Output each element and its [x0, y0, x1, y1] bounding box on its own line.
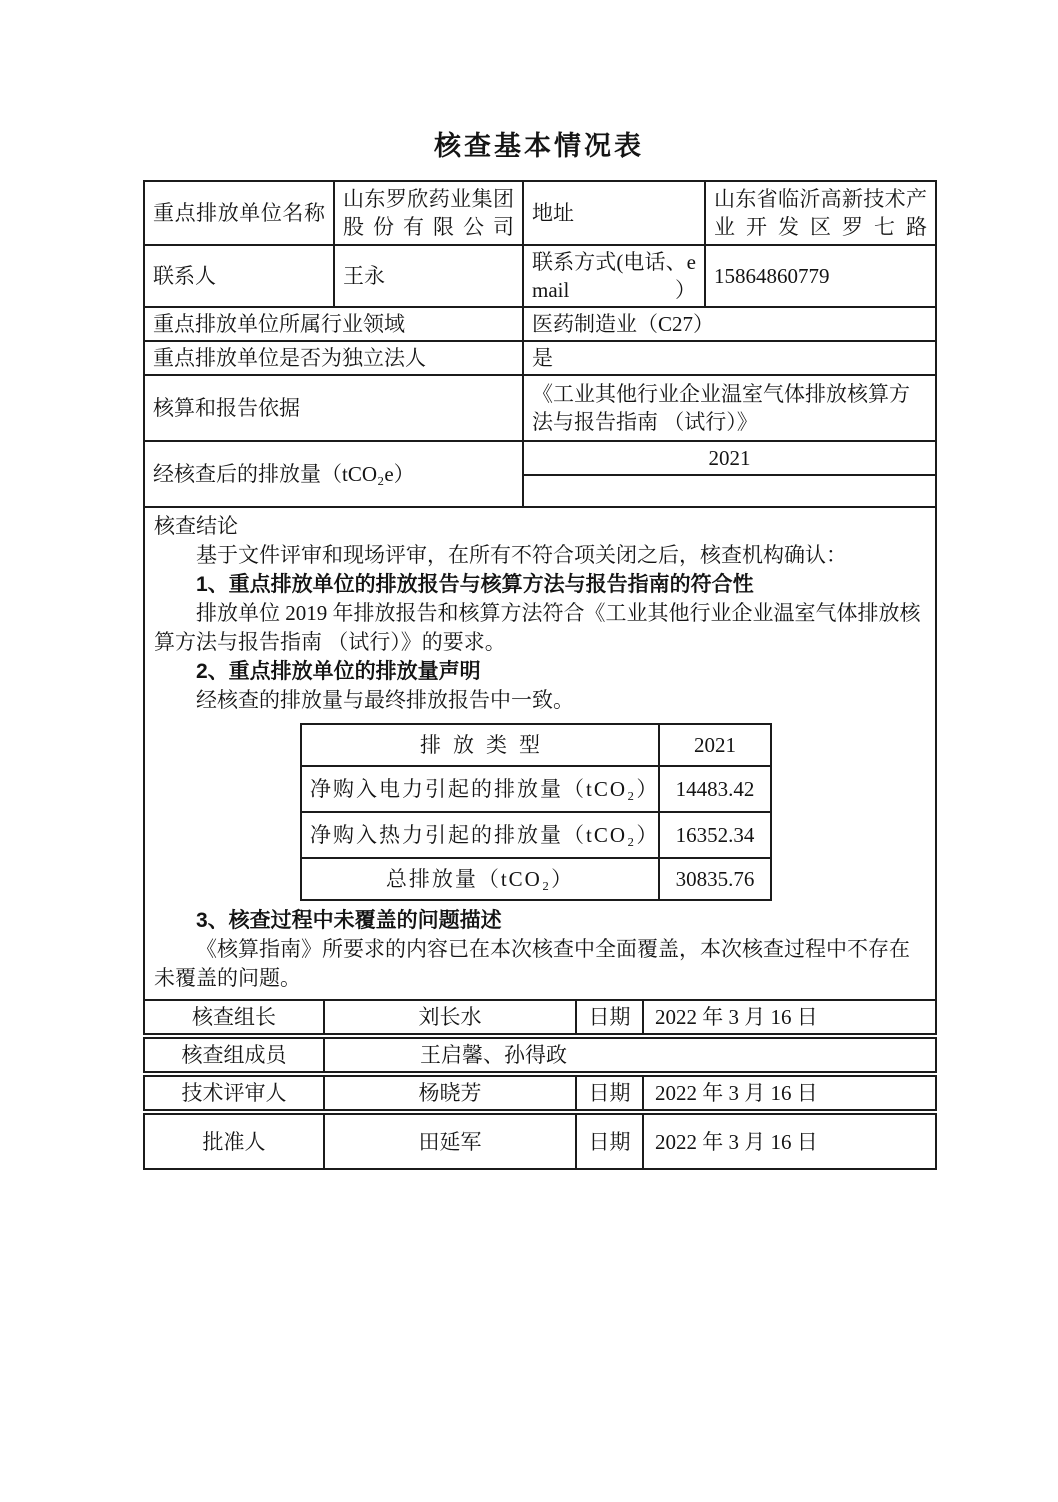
- contact-method-value: 15864860779: [705, 245, 936, 307]
- signature-row-members: 核查组成员 王启馨、孙得政: [143, 1037, 937, 1073]
- org-name-value: 山东罗欣药业集团股份有限公司: [334, 181, 523, 245]
- address-label: 地址: [523, 181, 705, 245]
- tech-reviewer-date-label: 日期: [576, 1076, 643, 1110]
- leader-date-label: 日期: [576, 1000, 643, 1034]
- basic-info-table: 重点排放单位名称 山东罗欣药业集团股份有限公司 地址 山东省临沂高新技术产业开发…: [143, 180, 937, 1001]
- approver-date-label: 日期: [576, 1114, 643, 1169]
- electricity-emission-label: 净购入电力引起的排放量（tCO₂）: [301, 766, 659, 812]
- table-row: 核查组成员 王启馨、孙得政: [144, 1038, 936, 1072]
- tech-reviewer-role-label: 技术评审人: [144, 1076, 324, 1110]
- table-row: 排放类型 2021: [301, 724, 771, 766]
- table-row: 净购入热力引起的排放量（tCO₂） 16352.34: [301, 812, 771, 858]
- table-row: 核算和报告依据 《工业其他行业企业温室气体排放核算方法与报告指南 （试行）》: [144, 375, 936, 441]
- conclusion-cell: 核查结论 基于文件评审和现场评审，在所有不符合项关闭之后，核查机构确认： 1、重…: [144, 507, 936, 1000]
- heat-emission-label: 净购入热力引起的排放量（tCO₂）: [301, 812, 659, 858]
- verified-emission-value: [523, 475, 936, 507]
- verified-emission-label: 经核查后的排放量（tCO₂e）: [144, 441, 523, 507]
- electricity-emission-value: 14483.42: [659, 766, 771, 812]
- emission-type-header: 排放类型: [301, 724, 659, 766]
- address-value: 山东省临沂高新技术产业开发区罗七路: [705, 181, 936, 245]
- heat-emission-value: 16352.34: [659, 812, 771, 858]
- section3-heading: 3、核查过程中未覆盖的问题描述: [154, 906, 926, 935]
- page-title: 核查基本情况表: [143, 128, 935, 164]
- emission-year-header: 2021: [659, 724, 771, 766]
- section1-heading: 1、重点排放单位的排放报告与核算方法与报告指南的符合性: [154, 570, 926, 599]
- table-row: 批准人 田延军 日期 2022 年 3 月 16 日: [144, 1114, 936, 1169]
- approver-date: 2022 年 3 月 16 日: [643, 1114, 936, 1169]
- table-row: 经核查后的排放量（tCO₂e） 2021: [144, 441, 936, 475]
- legal-entity-value: 是: [523, 341, 936, 375]
- table-row: 总排放量（tCO₂） 30835.76: [301, 858, 771, 900]
- table-row: 重点排放单位所属行业领域 医药制造业（C27）: [144, 307, 936, 341]
- table-row: 联系人 王永 联系方式(电话、email） 15864860779: [144, 245, 936, 307]
- conclusion-intro: 基于文件评审和现场评审，在所有不符合项关闭之后，核查机构确认：: [154, 541, 926, 570]
- org-name-label: 重点排放单位名称: [144, 181, 334, 245]
- conclusion-label: 核查结论: [154, 512, 926, 541]
- tech-reviewer-name: 杨晓芳: [324, 1076, 576, 1110]
- total-emission-label: 总排放量（tCO₂）: [301, 858, 659, 900]
- section1-body: 排放单位 2019 年排放报告和核算方法符合《工业其他行业企业温室气体排放核算方…: [154, 599, 926, 657]
- industry-value: 医药制造业（C27）: [523, 307, 936, 341]
- section3-body: 《核算指南》所要求的内容已在本次核查中全面覆盖，本次核查过程中不存在未覆盖的问题…: [154, 935, 926, 993]
- leader-date: 2022 年 3 月 16 日: [643, 1000, 936, 1034]
- leader-name: 刘长水: [324, 1000, 576, 1034]
- contact-value: 王永: [334, 245, 523, 307]
- basis-label: 核算和报告依据: [144, 375, 523, 441]
- table-row: 核查结论 基于文件评审和现场评审，在所有不符合项关闭之后，核查机构确认： 1、重…: [144, 507, 936, 1000]
- section2-heading: 2、重点排放单位的排放量声明: [154, 657, 926, 686]
- basis-value: 《工业其他行业企业温室气体排放核算方法与报告指南 （试行）》: [523, 375, 936, 441]
- table-row: 核查组长 刘长水 日期 2022 年 3 月 16 日: [144, 1000, 936, 1034]
- table-row: 重点排放单位名称 山东罗欣药业集团股份有限公司 地址 山东省临沂高新技术产业开发…: [144, 181, 936, 245]
- legal-entity-label: 重点排放单位是否为独立法人: [144, 341, 523, 375]
- tech-reviewer-date: 2022 年 3 月 16 日: [643, 1076, 936, 1110]
- contact-label: 联系人: [144, 245, 334, 307]
- total-emission-value: 30835.76: [659, 858, 771, 900]
- verification-basic-info-document: 核查基本情况表 重点排放单位名称 山东罗欣药业集团股份有限公司 地址 山东省临沂…: [0, 0, 1058, 1502]
- industry-label: 重点排放单位所属行业领域: [144, 307, 523, 341]
- signature-row-leader: 核查组长 刘长水 日期 2022 年 3 月 16 日: [143, 999, 937, 1035]
- emissions-table: 排放类型 2021 净购入电力引起的排放量（tCO₂） 14483.42 净购入…: [300, 723, 772, 901]
- verified-emission-year: 2021: [523, 441, 936, 475]
- table-row: 净购入电力引起的排放量（tCO₂） 14483.42: [301, 766, 771, 812]
- contact-method-label: 联系方式(电话、email）: [523, 245, 705, 307]
- section2-body: 经核查的排放量与最终排放报告中一致。: [154, 686, 926, 715]
- approver-role-label: 批准人: [144, 1114, 324, 1169]
- table-row: 重点排放单位是否为独立法人 是: [144, 341, 936, 375]
- signature-row-approver: 批准人 田延军 日期 2022 年 3 月 16 日: [143, 1113, 937, 1170]
- members-names: 王启馨、孙得政: [324, 1038, 936, 1072]
- signature-row-tech-reviewer: 技术评审人 杨晓芳 日期 2022 年 3 月 16 日: [143, 1075, 937, 1111]
- leader-role-label: 核查组长: [144, 1000, 324, 1034]
- members-role-label: 核查组成员: [144, 1038, 324, 1072]
- table-row: 技术评审人 杨晓芳 日期 2022 年 3 月 16 日: [144, 1076, 936, 1110]
- approver-name: 田延军: [324, 1114, 576, 1169]
